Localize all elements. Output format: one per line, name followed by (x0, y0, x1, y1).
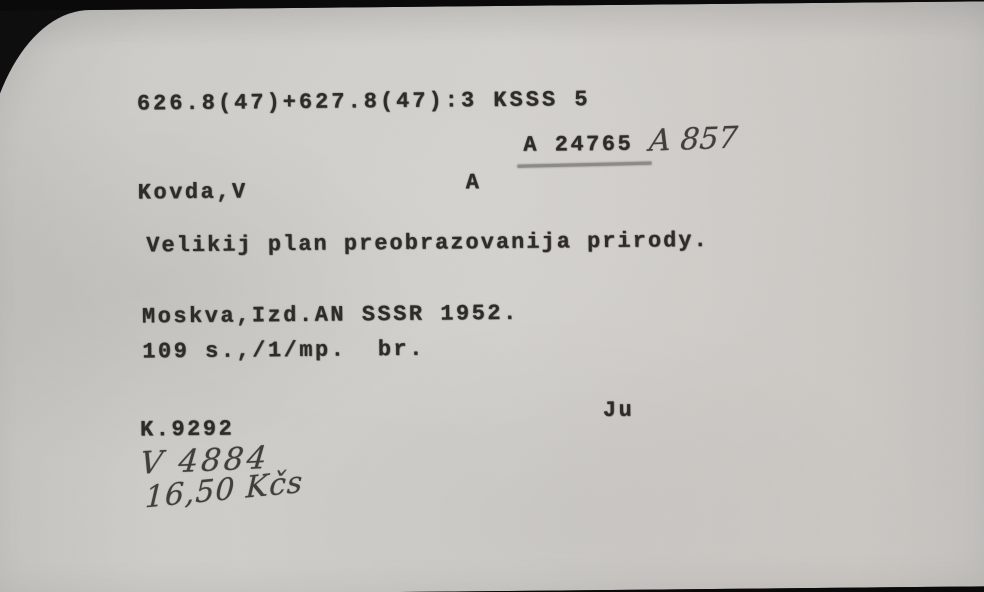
accession-number-typed: A 24765 (523, 132, 633, 158)
cataloguer-initials: Ju (603, 398, 635, 423)
record-number: K.9292 (140, 417, 234, 443)
scanned-catalog-card: 626.8(47)+627.8(47):3 KSSS 5 A 24765 A 8… (0, 0, 984, 592)
imprint-line: Moskva,Izd.AN SSSR 1952. (142, 301, 519, 330)
classification-number: 626.8(47)+627.8(47):3 KSSS 5 (137, 87, 591, 116)
title-line: Velikij plan preobrazovanija prirody. (146, 228, 709, 258)
accession-pencil-underline (517, 162, 651, 168)
collation-line: 109 s.,/1/mp. br. (142, 337, 425, 365)
format-letter: A (466, 170, 482, 195)
index-card: 626.8(47)+627.8(47):3 KSSS 5 A 24765 A 8… (0, 1, 984, 592)
shelfmark-handwritten: A 857 (648, 121, 739, 159)
author-heading: Kovda,V (138, 179, 248, 205)
